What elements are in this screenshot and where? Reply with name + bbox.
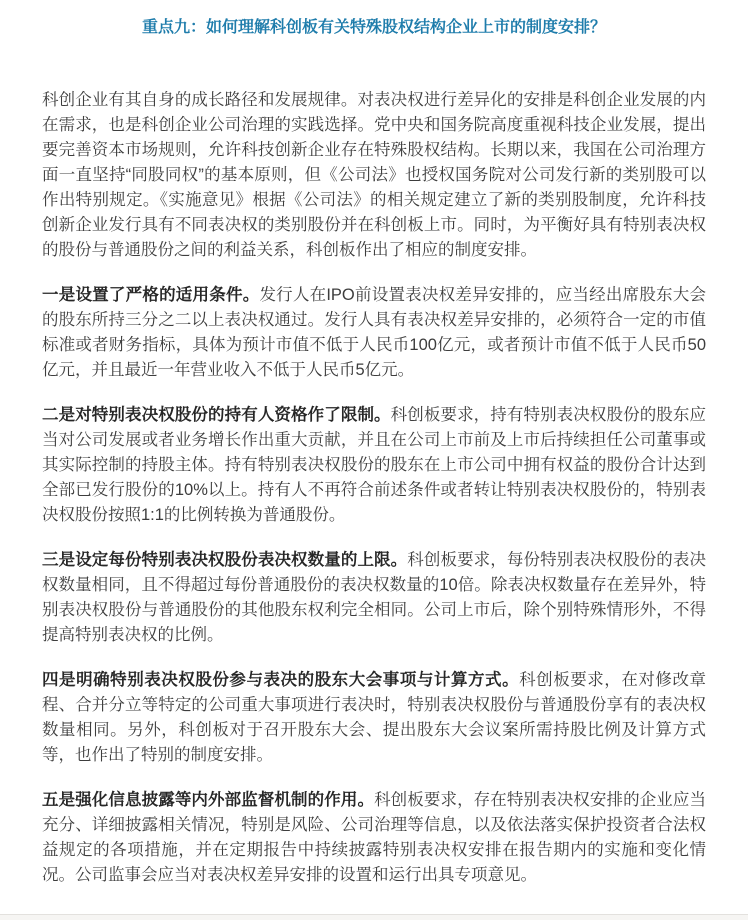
document-page: 重点九：如何理解科创板有关特殊股权结构企业上市的制度安排？ 科创企业有其自身的成… bbox=[0, 0, 748, 920]
paragraph-lead: 三是设定每份特别表决权股份表决权数量的上限。 bbox=[42, 551, 407, 569]
point-5-paragraph: 五是强化信息披露等内外部监督机制的作用。科创板要求，存在特别表决权安排的企业应当… bbox=[42, 788, 706, 888]
document-body: 科创企业有其自身的成长路径和发展规律。对表决权进行差异化的安排是科创企业发展的内… bbox=[0, 39, 748, 888]
next-section-edge-divider bbox=[0, 914, 748, 920]
paragraph-text: 科创企业有其自身的成长路径和发展规律。对表决权进行差异化的安排是科创企业发展的内… bbox=[42, 91, 706, 259]
paragraph-lead: 一是设置了严格的适用条件。 bbox=[42, 286, 259, 304]
paragraph-lead: 二是对特别表决权股份的持有人资格作了限制。 bbox=[42, 406, 391, 424]
intro-paragraph: 科创企业有其自身的成长路径和发展规律。对表决权进行差异化的安排是科创企业发展的内… bbox=[42, 88, 706, 263]
point-3-paragraph: 三是设定每份特别表决权股份表决权数量的上限。科创板要求，每份特别表决权股份的表决… bbox=[42, 548, 706, 648]
point-1-paragraph: 一是设置了严格的适用条件。发行人在IPO前设置表决权差异安排的，应当经出席股东大… bbox=[42, 283, 706, 383]
point-4-paragraph: 四是明确特别表决权股份参与表决的股东大会事项与计算方式。科创板要求，在对修改章程… bbox=[42, 668, 706, 768]
paragraph-lead: 五是强化信息披露等内外部监督机制的作用。 bbox=[42, 791, 374, 809]
page-title: 重点九：如何理解科创板有关特殊股权结构企业上市的制度安排？ bbox=[0, 0, 748, 39]
paragraph-lead: 四是明确特别表决权股份参与表决的股东大会事项与计算方式。 bbox=[42, 671, 519, 689]
point-2-paragraph: 二是对特别表决权股份的持有人资格作了限制。科创板要求，持有特别表决权股份的股东应… bbox=[42, 403, 706, 528]
